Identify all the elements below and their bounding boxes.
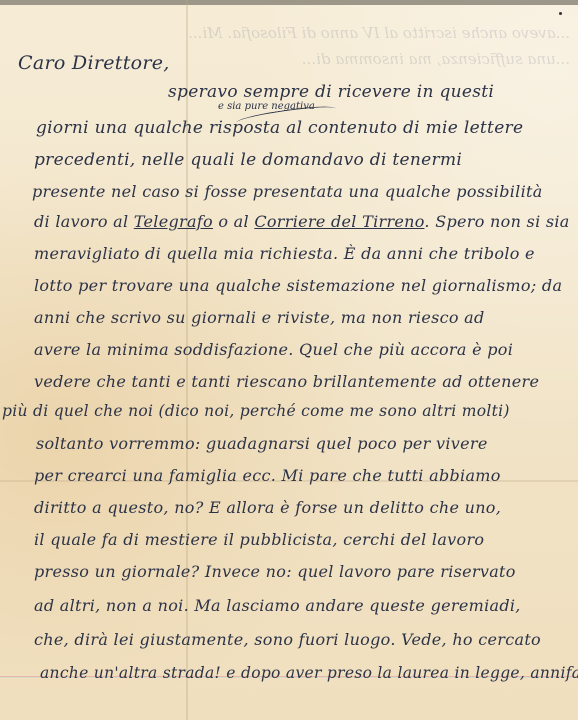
letter-line: precedenti, nelle quali le domandavo di … [34, 150, 462, 170]
letter-line: giorni una qualche risposta al contenuto… [36, 118, 523, 138]
letter-line: per crearci una famiglia ecc. Mi pare ch… [34, 466, 501, 485]
letter-line: lotto per trovare una qualche sistemazio… [34, 276, 562, 295]
text: . Spero non si sia [424, 212, 569, 231]
letter-line: anche un'altra strada! e dopo aver preso… [40, 664, 578, 682]
newspaper-title: Corriere del Tirreno [254, 212, 424, 231]
letter-line: diritto a questo, no? E allora è forse u… [34, 498, 501, 517]
letter-line: che, dirà lei giustamente, sono fuori lu… [34, 630, 541, 649]
letter-line: presso un giornale? Invece no: quel lavo… [34, 562, 516, 581]
letter-line-telegrafo: di lavoro al Telegrafo o al Corriere del… [34, 212, 570, 231]
scan-top-edge [0, 0, 578, 5]
letter-line: vedere che tanti e tanti riescano brilla… [34, 372, 539, 391]
letter-line: speravo sempre di ricevere in questi [168, 82, 494, 102]
salutation: Caro Direttore, [18, 52, 170, 74]
bleed-line: ...una sufficienza, ma insomma di... [302, 50, 570, 68]
letter-line: ad altri, non a noi. Ma lasciamo andare … [34, 596, 521, 615]
letter-line: anni che scrivo su giornali e riviste, m… [34, 308, 485, 327]
bleed-line: ...avevo anche iscritto al IV anno di Fi… [188, 24, 570, 42]
text: di lavoro al [34, 212, 128, 231]
newspaper-title: Telegrafo [134, 212, 213, 231]
letter-line: soltanto vorremmo: guadagnarsi quel poco… [36, 434, 488, 453]
letter-line: il quale fa di mestiere il pubblicista, … [34, 530, 484, 549]
letter-line: presente nel caso si fosse presentata un… [32, 182, 543, 201]
letter-line: meravigliato di quella mia richiesta. È … [34, 244, 535, 263]
ink-dot [559, 12, 562, 15]
letter-page: ...avevo anche iscritto al IV anno di Fi… [0, 0, 578, 720]
text: o al [218, 212, 249, 231]
letter-line: più di quel che noi (dico noi, perché co… [2, 402, 510, 420]
letter-line: avere la minima soddisfazione. Quel che … [34, 340, 513, 359]
